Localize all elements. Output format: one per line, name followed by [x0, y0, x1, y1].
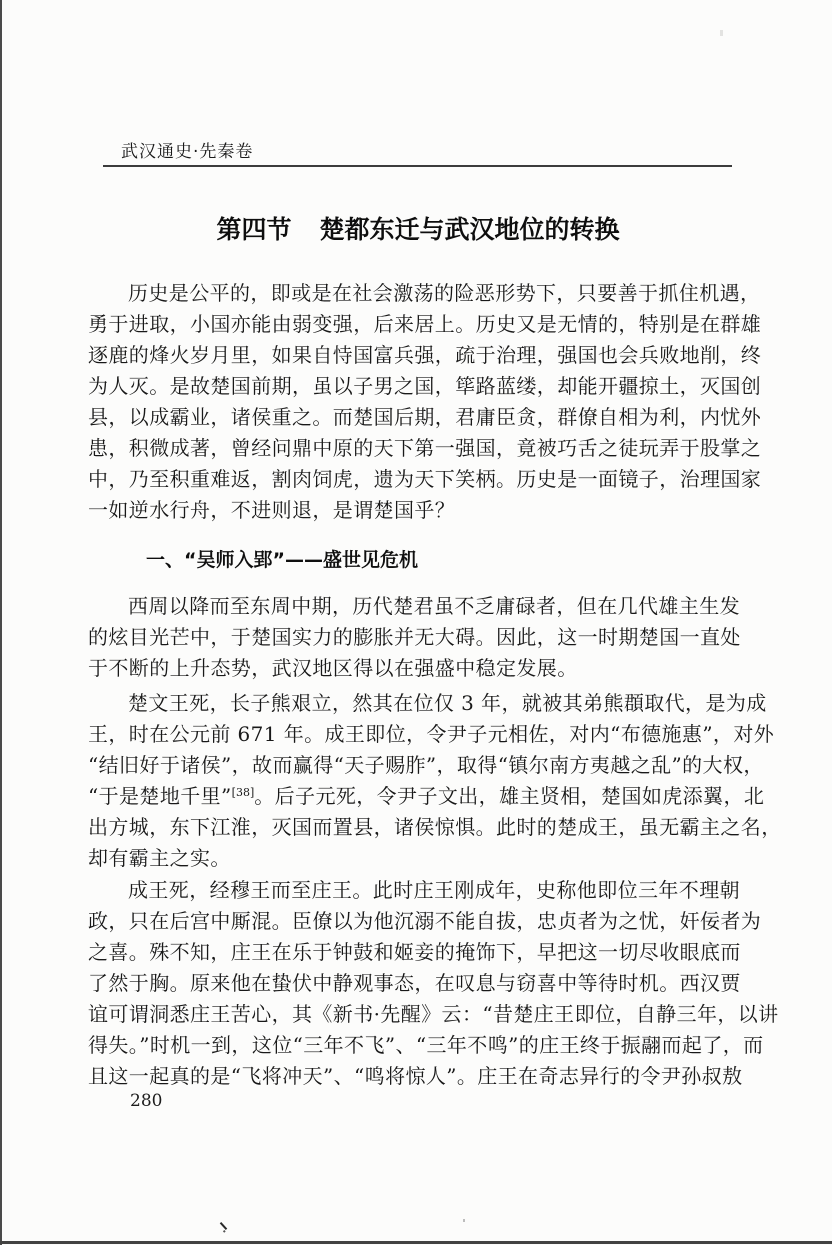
section-number: 第四节	[216, 215, 291, 244]
scan-speck	[463, 1219, 465, 1222]
scan-speck	[720, 30, 723, 36]
paragraph-2: 西周以降而至东周中期，历代楚君虽不乏庸碌者，但在几代雄主生发 的炫目光芒中，于楚…	[88, 591, 752, 684]
scanned-book-page: 武汉通史·先秦卷 第四节楚都东迁与武汉地位的转换 历史是公平的，即或是在社会激荡…	[0, 0, 832, 1245]
running-header-book-title: 武汉通史·先秦卷	[121, 137, 253, 162]
section-title: 第四节楚都东迁与武汉地位的转换	[88, 210, 748, 246]
header-rule	[103, 165, 732, 167]
paragraph-3: 楚文王死，长子熊艰立，然其在位仅 3 年，就被其弟熊頵取代，是为成 王，时在公元…	[88, 688, 752, 874]
scan-edge-left	[0, 0, 2, 1245]
paragraph-1: 历史是公平的，即或是在社会激荡的险恶形势下，只要善于抓住机遇， 勇于进取，小国亦…	[88, 278, 752, 526]
section-title-text: 楚都东迁与武汉地位的转换	[320, 215, 620, 244]
paragraph-4: 成王死，经穆王而至庄王。此时庄王刚成年，史称他即位三年不理朝 政，只在后宫中厮混…	[88, 875, 752, 1092]
page-number: 280	[130, 1091, 162, 1111]
scan-speck	[220, 1222, 228, 1230]
subsection-heading: 一、“吴师入郢”——盛世见危机	[146, 545, 418, 572]
scan-edge-bottom	[0, 1241, 832, 1244]
